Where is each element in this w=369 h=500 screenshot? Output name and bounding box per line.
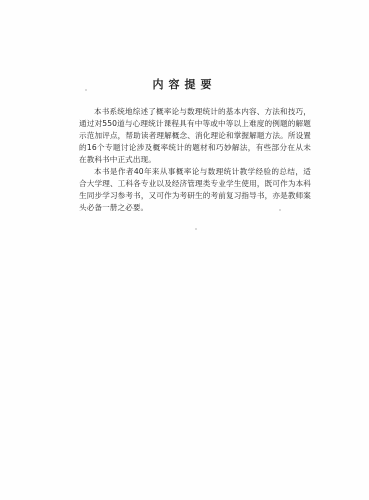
paragraph-text: 本书是作者40年来从事概率论与数理统计教学经验的总结，适合大学理、工科各专业以及… <box>79 166 311 214</box>
scan-speck <box>279 209 281 211</box>
summary-paragraph-1: 本书系统地综述了概率论与数理统计的基本内容、方法和技巧，通过对550道与心理统计… <box>79 106 311 166</box>
paragraph-text: 本书系统地综述了概率论与数理统计的基本内容、方法和技巧，通过对550道与心理统计… <box>79 106 311 166</box>
document-page: 内容提要 本书系统地综述了概率论与数理统计的基本内容、方法和技巧，通过对550道… <box>0 0 369 500</box>
scan-speck <box>195 228 197 230</box>
scan-speck <box>85 89 87 91</box>
page-title: 内容提要 <box>0 76 369 92</box>
summary-paragraph-2: 本书是作者40年来从事概率论与数理统计教学经验的总结，适合大学理、工科各专业以及… <box>79 166 311 214</box>
